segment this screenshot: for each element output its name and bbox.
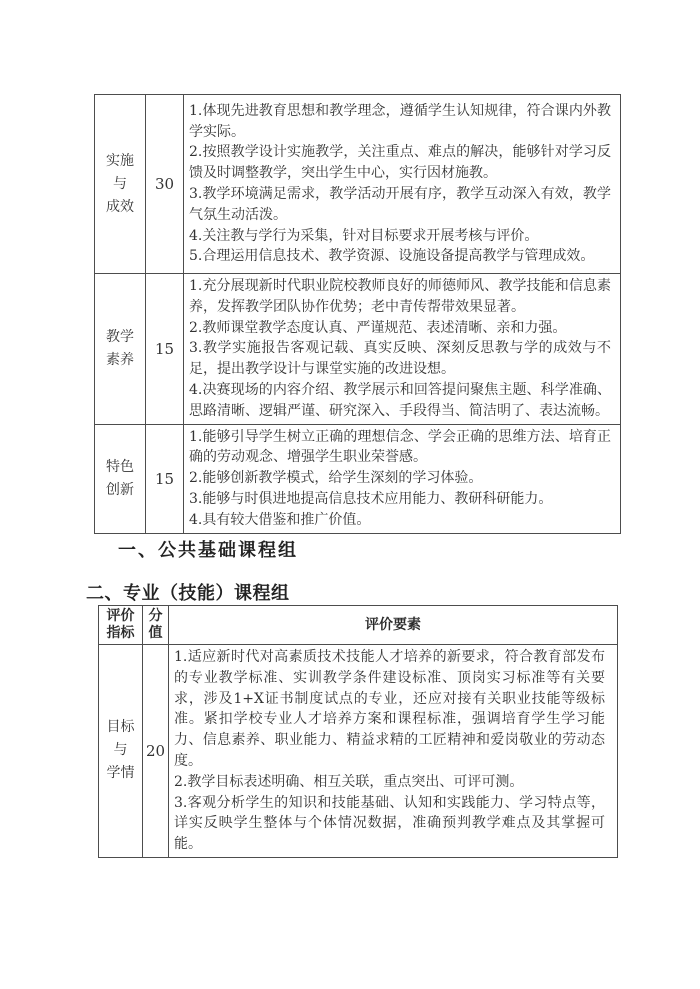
criteria-item: 5.合理运用信息技术、教学资源、设施设备提高教学与管理成效。 [189,246,611,267]
criteria-cell: 1.能够引导学生树立正确的理想信念、学会正确的思维方法、培育正确的劳动观念、增强… [184,424,621,533]
header-score: 分 值 [143,606,169,645]
score-cell: 20 [143,645,169,858]
table-row: 教学 素养 15 1.充分展现新时代职业院校教师良好的师德师风、教学技能和信息素… [95,274,621,425]
criteria-item: 3.能够与时俱进地提高信息技术应用能力、教研科研能力。 [189,489,611,510]
criteria-item: 2.能够创新教学模式，给学生深刻的学习体验。 [189,468,611,489]
header-indicator: 评价 指标 [99,606,143,645]
table-row: 特色 创新 15 1.能够引导学生树立正确的理想信念、学会正确的思维方法、培育正… [95,424,621,533]
rubric-table-continued: 实施 与 成效 30 1.体现先进教育思想和教学理念，遵循学生认知规律，符合课内… [94,94,621,534]
criteria-item: 1.能够引导学生树立正确的理想信念、学会正确的思维方法、培育正确的劳动观念、增强… [189,427,611,469]
criteria-item: 2.按照教学设计实施教学，关注重点、难点的解决，能够针对学习反馈及时调整教学，突… [189,142,611,184]
score-cell: 15 [146,424,184,533]
indicator-cell: 实施 与 成效 [95,95,146,274]
criteria-item: 3.客观分析学生的知识和技能基础、认知和实践能力、学习特点等，详实反映学生整体与… [174,793,605,855]
score-cell: 30 [146,95,184,274]
section-heading-professional-skill: 二、专业（技能）课程组 [86,579,290,605]
score-cell: 15 [146,274,184,425]
criteria-cell: 1.体现先进教育思想和教学理念，遵循学生认知规律，符合课内外教学实际。 2.按照… [184,95,621,274]
criteria-item: 1.充分展现新时代职业院校教师良好的师德师风、教学技能和信息素养，发挥教学团队协… [189,276,611,318]
criteria-item: 3.教学环境满足需求，教学活动开展有序，教学互动深入有效，教学气氛生动活泼。 [189,184,611,226]
criteria-item: 2.教师课堂教学态度认真、严谨规范、表述清晰、亲和力强。 [189,318,611,339]
table-row: 目标 与 学情 20 1.适应新时代对高素质技术技能人才培养的新要求，符合教育部… [99,645,618,858]
section-heading-public-basic: 一、公共基础课程组 [118,536,298,562]
criteria-cell: 1.充分展现新时代职业院校教师良好的师德师风、教学技能和信息素养，发挥教学团队协… [184,274,621,425]
rubric-table-professional: 评价 指标 分 值 评价要素 目标 与 学情 20 1.适应新时代对高素质技术技… [98,605,618,858]
indicator-cell: 教学 素养 [95,274,146,425]
document-page: 实施 与 成效 30 1.体现先进教育思想和教学理念，遵循学生认知规律，符合课内… [0,0,700,989]
indicator-cell: 特色 创新 [95,424,146,533]
table-header-row: 评价 指标 分 值 评价要素 [99,606,618,645]
criteria-item: 3.教学实施报告客观记载、真实反映、深刻反思教与学的成效与不足，提出教学设计与课… [189,338,611,380]
criteria-item: 2.教学目标表述明确、相互关联，重点突出、可评可测。 [174,772,605,793]
criteria-item: 4.关注教与学行为采集，针对目标要求开展考核与评价。 [189,226,611,247]
criteria-item: 1.体现先进教育思想和教学理念，遵循学生认知规律，符合课内外教学实际。 [189,101,611,143]
criteria-item: 4.决赛现场的内容介绍、教学展示和回答提问聚焦主题、科学准确、思路清晰、逻辑严谨… [189,380,611,422]
indicator-cell: 目标 与 学情 [99,645,143,858]
criteria-item: 1.适应新时代对高素质技术技能人才培养的新要求，符合教育部发布的专业教学标准、实… [174,647,605,772]
criteria-item: 4.具有较大借鉴和推广价值。 [189,510,611,531]
table-row: 实施 与 成效 30 1.体现先进教育思想和教学理念，遵循学生认知规律，符合课内… [95,95,621,274]
header-elements: 评价要素 [169,606,618,645]
criteria-cell: 1.适应新时代对高素质技术技能人才培养的新要求，符合教育部发布的专业教学标准、实… [169,645,618,858]
